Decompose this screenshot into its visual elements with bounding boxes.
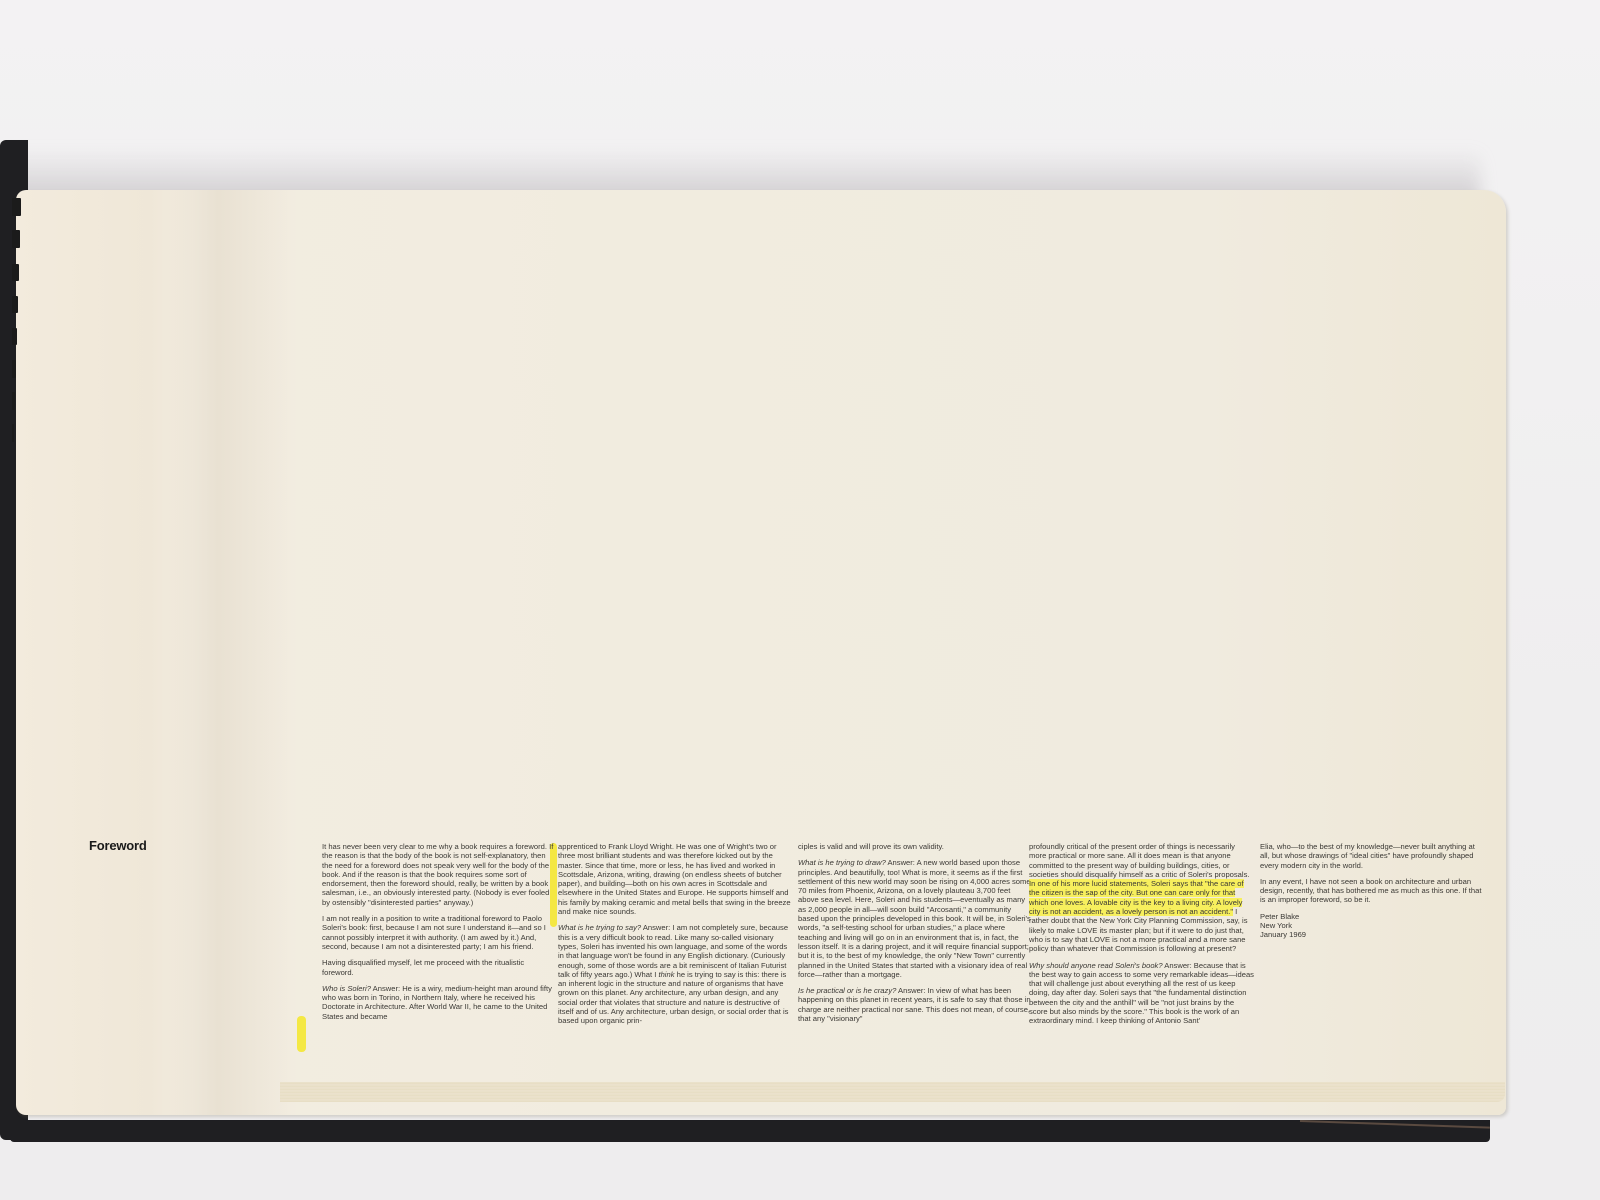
text-column-3: ciples is valid and will prove its own v… (798, 842, 1033, 1030)
binding-ring (12, 360, 16, 378)
signature-block: Peter Blake New York January 1969 (1260, 912, 1485, 940)
paragraph: apprenticed to Frank Lloyd Wright. He wa… (558, 842, 793, 916)
binding-ring (12, 424, 14, 442)
paragraph: What is he trying to draw? Answer: A new… (798, 858, 1033, 979)
text-column-5: Elia, who—to the best of my knowledge—ne… (1260, 842, 1485, 940)
text-column-2: apprenticed to Frank Lloyd Wright. He wa… (558, 842, 793, 1033)
paragraph: Having disqualified myself, let me proce… (322, 958, 557, 977)
emphasis: think (658, 970, 674, 979)
book-back-cover (10, 1120, 1490, 1142)
paragraph: ciples is valid and will prove its own v… (798, 842, 1033, 851)
binding-ring (12, 328, 17, 345)
signature-name: Peter Blake (1260, 912, 1485, 921)
paragraph: I am not really in a position to write a… (322, 914, 557, 951)
question-lead: Is he practical or is he crazy? (798, 986, 896, 995)
body-text: profoundly critical of the present order… (1029, 842, 1250, 879)
text-column-4: profoundly critical of the present order… (1029, 842, 1254, 1033)
question-lead: Who is Soleri? (322, 984, 371, 993)
question-lead: Why should anyone read Soleri's book? (1029, 961, 1163, 970)
page-stack-edge (280, 1082, 1505, 1102)
highlighted-quote: In one of his more lucid statements, Sol… (1029, 879, 1244, 916)
paragraph: In any event, I have not seen a book on … (1260, 877, 1485, 905)
paragraph: Is he practical or is he crazy? Answer: … (798, 986, 1033, 1023)
paragraph: Why should anyone read Soleri's book? An… (1029, 961, 1254, 1026)
answer-text: Answer: Because that is the best way to … (1029, 961, 1254, 1026)
question-lead: What is he trying to say? (558, 923, 641, 932)
text-column-1: It has never been very clear to me why a… (322, 842, 557, 1028)
signature-date: January 1969 (1260, 930, 1485, 939)
paragraph: It has never been very clear to me why a… (322, 842, 557, 907)
binding-ring (12, 296, 18, 313)
paragraph: What is he trying to say? Answer: I am n… (558, 923, 793, 1025)
highlighter-mark (297, 1016, 306, 1052)
question-lead: What is he trying to draw? (798, 858, 886, 867)
answer-text: Answer: A new world based upon those pri… (798, 858, 1031, 979)
paragraph: Who is Soleri? Answer: He is a wiry, med… (322, 984, 557, 1021)
section-title: Foreword (89, 838, 147, 853)
answer-text: he is trying to say is this: there is an… (558, 970, 788, 1025)
binding-ring (12, 198, 21, 216)
binding-ring (12, 264, 19, 281)
paragraph: Elia, who—to the best of my knowledge—ne… (1260, 842, 1485, 870)
paragraph: profoundly critical of the present order… (1029, 842, 1254, 954)
binding-ring (12, 230, 20, 248)
binding-ring (12, 392, 15, 410)
signature-place: New York (1260, 921, 1485, 930)
